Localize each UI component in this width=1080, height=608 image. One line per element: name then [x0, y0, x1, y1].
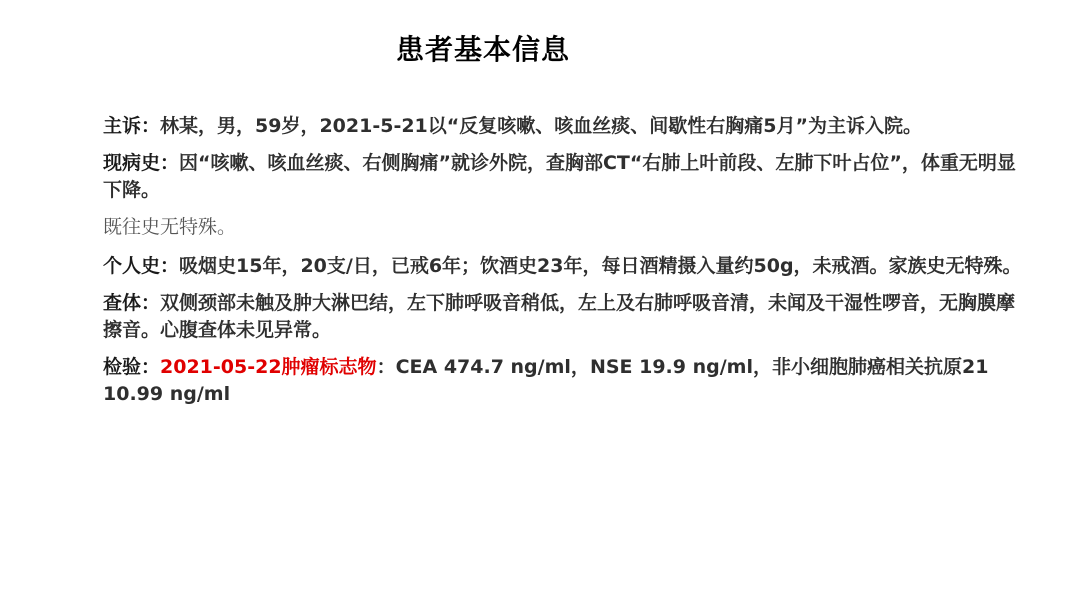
past-history-text: 既往史无特殊。 [103, 216, 236, 238]
lab-colon: ： [377, 356, 396, 378]
cea-value: CEA 474.7 ng/ml [396, 356, 571, 378]
patient-info-content: 主诉：林某，男，59岁，2021-5-21以“反复咳嗽、咳血丝痰、间歇性右胸痛5… [103, 113, 1033, 418]
chief-complaint-label: 主诉： [103, 115, 160, 137]
slide-title: 患者基本信息 [396, 30, 586, 70]
chief-complaint-text: 林某，男，59岁，2021-5-21以“反复咳嗽、咳血丝痰、间歇性右胸痛5月”为… [160, 115, 922, 137]
personal-history: 个人史：吸烟史15年，20支/日，已戒6年；饮酒史23年，每日酒精摄入量约50g… [103, 253, 1033, 280]
physical-exam: 查体：双侧颈部未触及肿大淋巴结，左下肺呼吸音稍低，左上及右肺呼吸音清，未闻及干湿… [103, 290, 1033, 344]
lab-separator: ， [571, 356, 590, 378]
physical-exam-label: 查体： [103, 292, 160, 314]
tumor-marker-date-highlight: 2021-05-22肿瘤标志物 [160, 356, 377, 378]
personal-history-text: 吸烟史15年，20支/日，已戒6年；饮酒史23年，每日酒精摄入量约50g，未戒酒… [179, 255, 1022, 277]
present-illness: 现病史：因“咳嗽、咳血丝痰、右侧胸痛”就诊外院，查胸部CT“右肺上叶前段、左肺下… [103, 150, 1033, 204]
personal-history-label: 个人史： [103, 255, 179, 277]
lab-separator: ， [753, 356, 772, 378]
lab-tests: 检验：2021-05-22肿瘤标志物：CEA 474.7 ng/ml，NSE 1… [103, 354, 1033, 408]
chief-complaint: 主诉：林某，男，59岁，2021-5-21以“反复咳嗽、咳血丝痰、间歇性右胸痛5… [103, 113, 1033, 140]
present-illness-label: 现病史： [103, 152, 179, 174]
physical-exam-text: 双侧颈部未触及肿大淋巴结，左下肺呼吸音稍低，左上及右肺呼吸音清，未闻及干湿性啰音… [103, 292, 1015, 341]
present-illness-text: 因“咳嗽、咳血丝痰、右侧胸痛”就诊外院，查胸部CT“右肺上叶前段、左肺下叶占位”… [103, 152, 1016, 201]
past-history: 既往史无特殊。 [103, 214, 1033, 241]
nse-value: NSE 19.9 ng/ml [590, 356, 753, 378]
lab-tests-label: 检验： [103, 356, 160, 378]
